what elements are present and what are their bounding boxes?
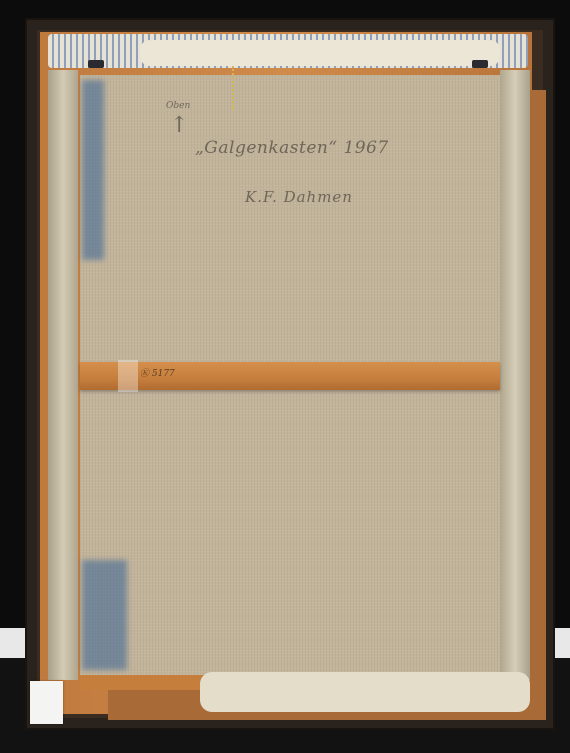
frame-clip-right [472, 60, 488, 68]
tape-strip [118, 360, 138, 392]
orientation-arrow-icon: ↑ [170, 115, 188, 137]
crossbar-inventory-label: Ⓚ 5177 [140, 366, 175, 379]
floor-light-left [0, 628, 25, 658]
hanging-cord [232, 66, 240, 110]
inscription-oben: Oben [166, 101, 190, 111]
frame-clip-left [88, 60, 104, 68]
inscription-title: „Galgenkasten“ 1967 [195, 138, 389, 158]
canvas-fold-top [140, 40, 500, 66]
blue-paint-stain-bottom-left [82, 560, 127, 670]
canvas-fold-bottom [200, 672, 530, 712]
canvas-tacking-edge-left [48, 70, 78, 680]
canvas-tacking-edge-right [500, 70, 530, 680]
white-sticker [30, 681, 63, 724]
inscription-artist: K.F. Dahmen [245, 188, 353, 206]
blue-paint-stain-top-left [82, 80, 104, 260]
